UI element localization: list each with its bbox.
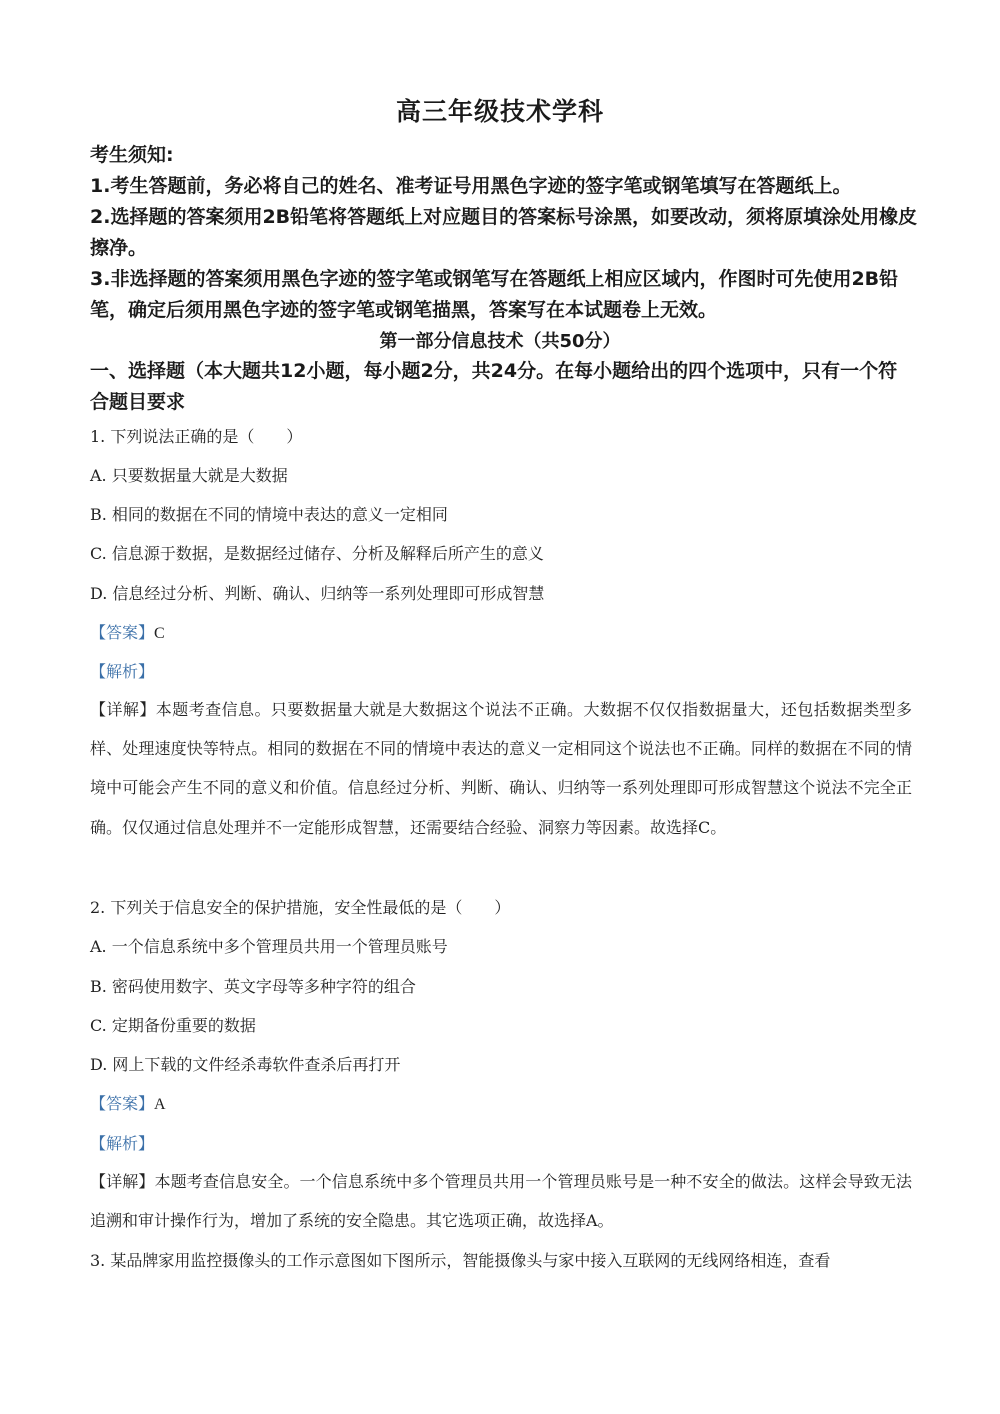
detail-label: 【详解】	[90, 1172, 154, 1191]
question-1-option-a: A. 只要数据量大就是大数据	[90, 463, 288, 486]
question-2-option-c: C. 定期备份重要的数据	[90, 1013, 256, 1036]
answer-label: 【答案】	[90, 623, 154, 642]
exam-page: 高三年级技术学科 考生须知: 1.考生答题前，务必将自己的姓名、准考证号用黑色字…	[0, 0, 1000, 1414]
detail-text: 本题考查信息安全。一个信息系统中多个管理员共用一个管理员账号是一种不安全的做法。…	[90, 1172, 912, 1230]
analysis-label: 【解析】	[90, 1134, 154, 1153]
question-2-option-b: B. 密码使用数字、英文字母等多种字符的组合	[90, 974, 416, 997]
page-title: 高三年级技术学科	[0, 92, 1000, 128]
question-2-option-a: A. 一个信息系统中多个管理员共用一个管理员账号	[90, 934, 448, 957]
question-1-answer: 【答案】C	[90, 620, 165, 643]
exam-notice: 考生须知: 1.考生答题前，务必将自己的姓名、准考证号用黑色字迹的签字笔或钢笔填…	[90, 140, 920, 326]
question-2-detail: 【详解】本题考查信息安全。一个信息系统中多个管理员共用一个管理员账号是一种不安全…	[90, 1162, 912, 1240]
question-2-answer: 【答案】A	[90, 1091, 166, 1114]
question-3-stem: 3. 某品牌家用监控摄像头的工作示意图如下图所示，智能摄像头与家中接入互联网的无…	[90, 1241, 912, 1280]
notice-item-3: 3.非选择题的答案须用黑色字迹的签字笔或钢笔写在答题纸上相应区域内，作图时可先使…	[90, 264, 920, 326]
analysis-label: 【解析】	[90, 662, 154, 681]
answer-label: 【答案】	[90, 1094, 154, 1113]
notice-item-2: 2.选择题的答案须用2B铅笔将答题纸上对应题目的答案标号涂黑，如要改动，须将原填…	[90, 202, 920, 264]
question-2-stem: 2. 下列关于信息安全的保护措施，安全性最低的是（ ）	[90, 895, 510, 918]
answer-value: C	[154, 625, 165, 642]
question-1-option-b: B. 相同的数据在不同的情境中表达的意义一定相同	[90, 502, 448, 525]
question-1-option-d: D. 信息经过分析、判断、确认、归纳等一系列处理即可形成智慧	[90, 581, 544, 604]
question-2-option-d: D. 网上下载的文件经杀毒软件查杀后再打开	[90, 1052, 400, 1075]
detail-text: 本题考查信息。只要数据量大就是大数据这个说法不正确。大数据不仅仅指数据量大，还包…	[90, 700, 912, 837]
notice-heading: 考生须知:	[90, 140, 920, 171]
part-title: 第一部分信息技术（共50分）	[0, 327, 1000, 353]
detail-label: 【详解】	[90, 700, 156, 719]
section-title: 一、选择题（本大题共12小题，每小题2分，共24分。在每小题给出的四个选项中，只…	[90, 356, 910, 418]
question-1-stem: 1. 下列说法正确的是（ ）	[90, 424, 302, 447]
question-1-detail: 【详解】本题考查信息。只要数据量大就是大数据这个说法不正确。大数据不仅仅指数据量…	[90, 690, 912, 847]
notice-item-1: 1.考生答题前，务必将自己的姓名、准考证号用黑色字迹的签字笔或钢笔填写在答题纸上…	[90, 171, 920, 202]
answer-value: A	[154, 1096, 166, 1113]
question-1-analysis: 【解析】	[90, 659, 154, 682]
question-2-analysis: 【解析】	[90, 1131, 154, 1154]
question-1-option-c: C. 信息源于数据，是数据经过储存、分析及解释后所产生的意义	[90, 541, 544, 564]
